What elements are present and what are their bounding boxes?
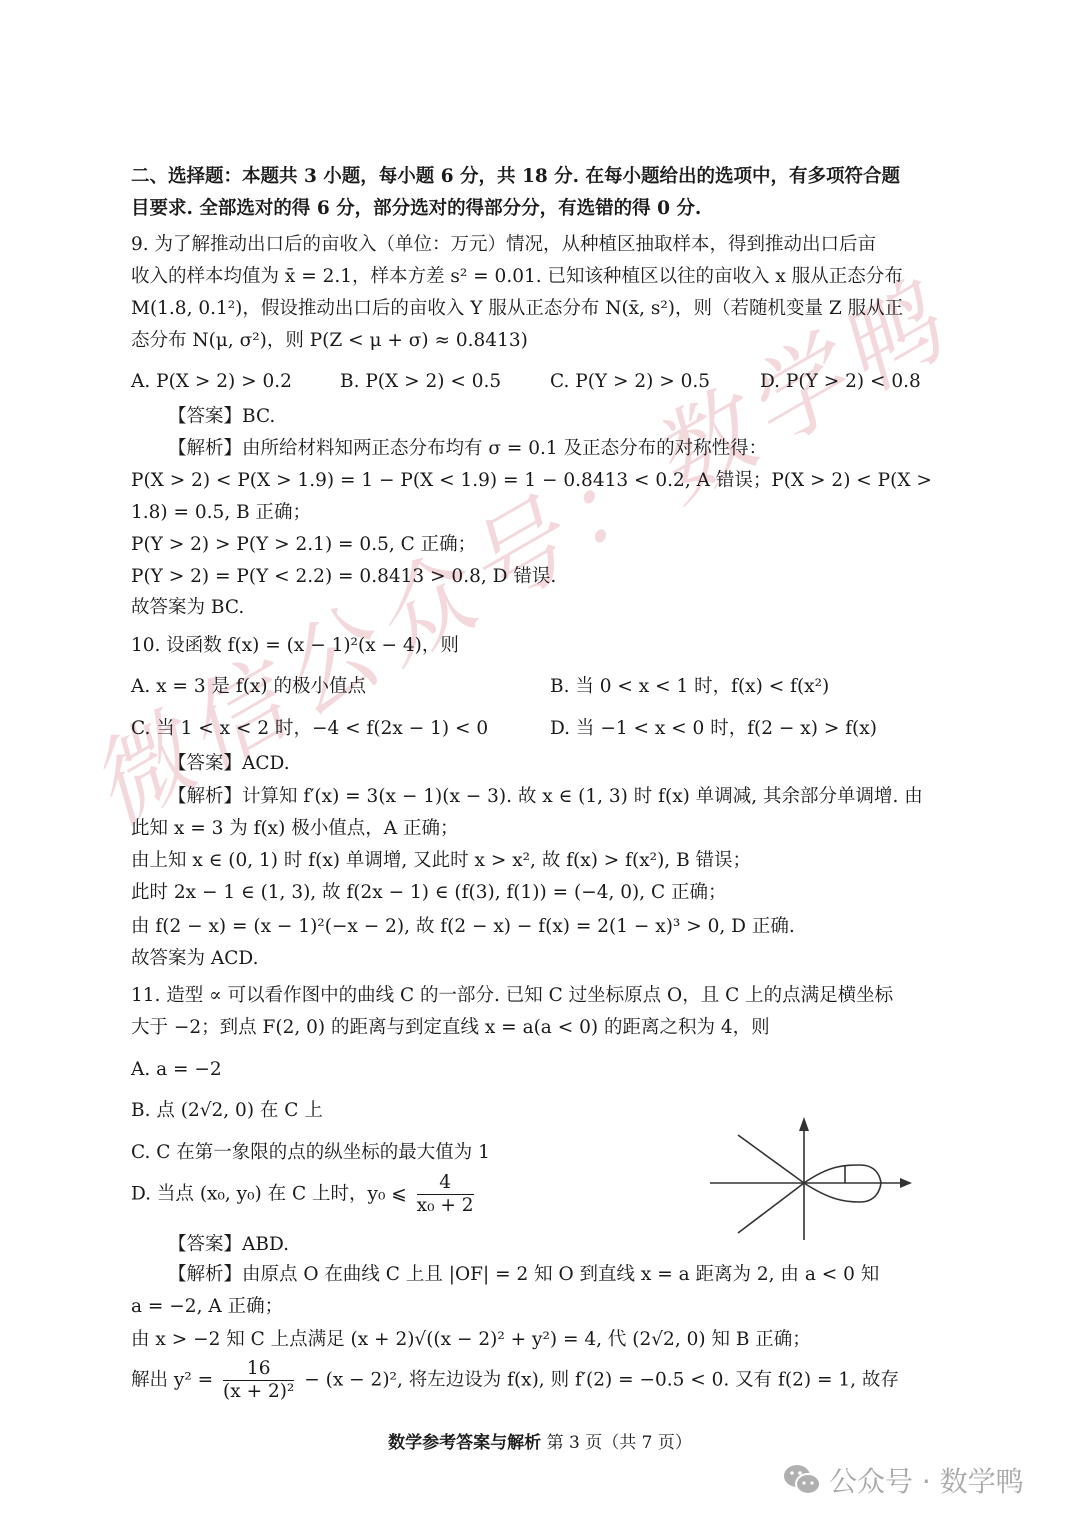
analysis-text: − (x − 2)², 将左边设为 f(x), 则 f′(2) = −0.5 <… xyxy=(304,1370,899,1391)
question-stem: M(1.8, 0.1²)，假设推动出口后的亩收入 Y 服从正态分布 N(x̄, … xyxy=(131,295,903,323)
option-c: C. 当 1 < x < 2 时，−4 < f(2x − 1) < 0 xyxy=(131,715,488,743)
analysis-line: 1.8) = 0.5, B 正确； xyxy=(131,499,311,527)
analysis-line: 由 x > −2 知 C 上点满足 (x + 2)√((x − 2)² + y²… xyxy=(131,1326,811,1354)
option-d: D. 当 −1 < x < 0 时，f(2 − x) > f(x) xyxy=(550,715,877,743)
question-stem: 9. 为了解推动出口后的亩收入（单位：万元）情况，从种植区抽取样本，得到推动出口… xyxy=(131,231,876,259)
x-axis-arrow-icon xyxy=(900,1178,912,1188)
option-d-text: D. 当点 (x₀, y₀) 在 C 上时，y₀ ⩽ xyxy=(131,1184,407,1205)
option-d: D. 当点 (x₀, y₀) 在 C 上时，y₀ ⩽ 4 x₀ + 2 xyxy=(131,1172,478,1217)
wechat-icon xyxy=(783,1463,821,1497)
fraction: 4 x₀ + 2 xyxy=(417,1172,474,1217)
option-b: B. 当 0 < x < 1 时，f(x) < f(x²) xyxy=(550,673,829,701)
brand-label: 公众号 · 数学鸭 xyxy=(829,1460,1024,1500)
option-a: A. x = 3 是 f(x) 的极小值点 xyxy=(131,673,366,701)
question-stem: 收入的样本均值为 x̄ = 2.1，样本方差 s² = 0.01. 已知该种植区… xyxy=(131,263,903,291)
analysis-line: 【解析】计算知 f′(x) = 3(x − 1)(x − 3). 故 x ∈ (… xyxy=(168,783,923,811)
analysis-line: a = −2, A 正确； xyxy=(131,1293,283,1321)
fraction-numerator: 16 xyxy=(223,1358,294,1381)
y-axis-arrow-icon xyxy=(799,1117,809,1131)
fraction-numerator: 4 xyxy=(417,1172,474,1195)
option-b: B. P(X > 2) < 0.5 xyxy=(340,368,501,396)
option-a: A. P(X > 2) > 0.2 xyxy=(131,368,292,396)
fraction-denominator: x₀ + 2 xyxy=(417,1195,474,1217)
analysis-line: 此知 x = 3 为 f(x) 极小值点，A 正确； xyxy=(131,815,458,843)
fraction: 16 (x + 2)² xyxy=(223,1358,294,1403)
footer-title: 数学参考答案与解析 xyxy=(388,1433,541,1453)
fraction-denominator: (x + 2)² xyxy=(223,1381,294,1403)
question-stem: 11. 造型 ∝ 可以看作图中的曲线 C 的一部分. 已知 C 过坐标原点 O，… xyxy=(131,982,893,1010)
question-stem: 大于 −2；到点 F(2, 0) 的距离与到定直线 x = a(a < 0) 的… xyxy=(131,1014,770,1042)
question-stem: 态分布 N(μ, σ²)，则 P(Z < μ + σ) ≈ 0.8413) xyxy=(131,327,528,355)
option-c: C. P(Y > 2) > 0.5 xyxy=(550,368,710,396)
answer: 【答案】ABD. xyxy=(168,1231,289,1259)
option-c: C. C 在第一象限的点的纵坐标的最大值为 1 xyxy=(131,1139,490,1167)
answer: 【答案】BC. xyxy=(168,403,275,431)
page-footer: 数学参考答案与解析 第 3 页（共 7 页） xyxy=(0,1428,1080,1453)
analysis-line: 【解析】由所给材料知两正态分布均有 σ = 0.1 及正态分布的对称性得： xyxy=(168,435,767,463)
footer-page-number: 第 3 页（共 7 页） xyxy=(541,1433,692,1453)
analysis-line: 故答案为 BC. xyxy=(131,594,244,622)
analysis-line: 解出 y² = 16 (x + 2)² − (x − 2)², 将左边设为 f(… xyxy=(131,1358,899,1403)
analysis-line: 由上知 x ∈ (0, 1) 时 f(x) 单调增, 又此时 x > x², 故… xyxy=(131,847,751,875)
brand-badge: 公众号 · 数学鸭 xyxy=(783,1460,1024,1500)
analysis-text: 解出 y² = xyxy=(131,1370,213,1391)
curve-figure xyxy=(700,1105,920,1240)
analysis-line: P(Y > 2) = P(Y < 2.2) = 0.8413 > 0.8, D … xyxy=(131,563,556,591)
analysis-line: P(Y > 2) > P(Y > 2.1) = 0.5, C 正确； xyxy=(131,531,476,559)
section-heading-line: 目要求. 全部选对的得 6 分，部分选对的得部分分，有选错的得 0 分. xyxy=(131,195,701,223)
option-b: B. 点 (2√2, 0) 在 C 上 xyxy=(131,1097,323,1125)
analysis-line: 由 f(2 − x) = (x − 1)²(−x − 2), 故 f(2 − x… xyxy=(131,913,795,941)
curve-branch-upper xyxy=(738,1135,804,1183)
analysis-line: P(X > 2) < P(X > 1.9) = 1 − P(X < 1.9) =… xyxy=(131,467,932,495)
section-heading-line: 二、选择题：本题共 3 小题，每小题 6 分，共 18 分. 在每小题给出的选项… xyxy=(131,163,900,191)
question-stem: 10. 设函数 f(x) = (x − 1)²(x − 4)，则 xyxy=(131,632,459,660)
analysis-line: 【解析】由原点 O 在曲线 C 上且 |OF| = 2 知 O 到直线 x = … xyxy=(168,1261,879,1289)
curve-branch-lower xyxy=(738,1183,804,1233)
answer: 【答案】ACD. xyxy=(168,750,290,778)
option-d: D. P(Y > 2) < 0.8 xyxy=(760,368,921,396)
option-a: A. a = −2 xyxy=(131,1056,222,1084)
analysis-line: 故答案为 ACD. xyxy=(131,945,258,973)
analysis-line: 此时 2x − 1 ∈ (1, 3), 故 f(2x − 1) ∈ (f(3),… xyxy=(131,879,727,907)
